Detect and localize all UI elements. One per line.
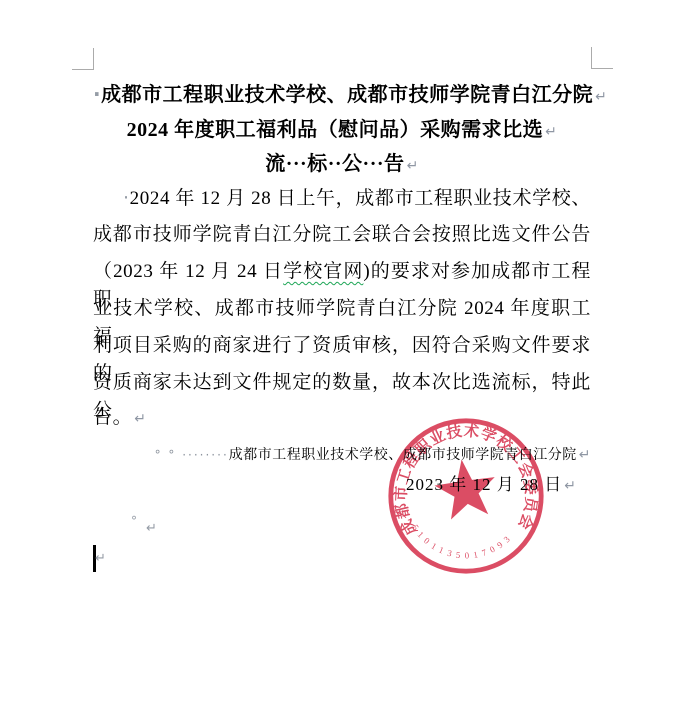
- title-text-2: 2024 年度职工福利品（慰问品）采购需求比选: [127, 119, 544, 141]
- official-seal-stamp: 成都市工程职业技术学校工会委员会 5101135017093: [386, 416, 546, 576]
- space-mark: ·: [123, 187, 130, 209]
- body-text: （2023 年 12 月 24 日: [93, 261, 283, 282]
- seal-serial-number: 5101135017093: [410, 523, 515, 561]
- paragraph-mark-icon: ↵: [95, 551, 106, 566]
- spellcheck-underlined-text: 学校官网: [283, 261, 363, 282]
- body-text: 告。: [93, 407, 132, 428]
- body-line-3: （2023 年 12 月 24 日学校官网)的要求对参加成都市工程职: [93, 258, 591, 286]
- title-text-3: 流···标··公···告: [265, 153, 404, 175]
- fullwidth-space-mark: °: [131, 514, 137, 528]
- body-line-1: ·2024 年 12 月 28 日上午，成都市工程职业技术学校、: [93, 184, 591, 212]
- body-text: 成都市技师学院青白江分院工会联合会按照比选文件公告: [93, 224, 591, 245]
- body-line-6: 资质商家未达到文件规定的数量，故本次比选流标，特此公: [93, 369, 591, 397]
- text-boundary-mark-top-left: [72, 48, 94, 70]
- body-text: 2024 年 12 月 28 日上午，成都市工程职业技术学校、: [130, 188, 591, 209]
- paragraph-mark-icon: ↵: [132, 411, 146, 427]
- title-line-1: ·成都市工程职业技术学校、成都市技师学院青白江分院↵: [93, 80, 591, 108]
- title-line-2: 2024 年度职工福利品（慰问品）采购需求比选↵: [93, 116, 591, 144]
- space-mark: ·: [93, 82, 101, 106]
- body-line-4: 业技术学校、成都市技师学院青白江分院 2024 年度职工福: [93, 295, 591, 323]
- paragraph-mark-icon: ↵: [562, 478, 577, 494]
- body-line-2: 成都市技师学院青白江分院工会联合会按照比选文件公告: [93, 221, 591, 249]
- document-page: ·成都市工程职业技术学校、成都市技师学院青白江分院↵ 2024 年度职工福利品（…: [0, 0, 684, 719]
- paragraph-mark-icon: ↵: [543, 124, 557, 140]
- paragraph-mark-icon: ↵: [146, 521, 157, 536]
- seal-number-textpath: 5101135017093: [410, 523, 515, 561]
- seal-star-icon: [431, 455, 499, 521]
- body-line-5: 利项目采购的商家进行了资质审核，因符合采购文件要求的: [93, 332, 591, 360]
- paragraph-mark-icon: ↵: [593, 89, 607, 105]
- title-text-1: 成都市工程职业技术学校、成都市技师学院青白江分院: [101, 84, 593, 106]
- space-marks: ° ° ········: [155, 448, 229, 462]
- paragraph-mark-icon: ↵: [405, 158, 419, 174]
- paragraph-mark-icon: ↵: [577, 447, 591, 463]
- title-line-3: 流···标··公···告↵: [93, 150, 591, 178]
- text-boundary-mark-top-right: [591, 47, 613, 69]
